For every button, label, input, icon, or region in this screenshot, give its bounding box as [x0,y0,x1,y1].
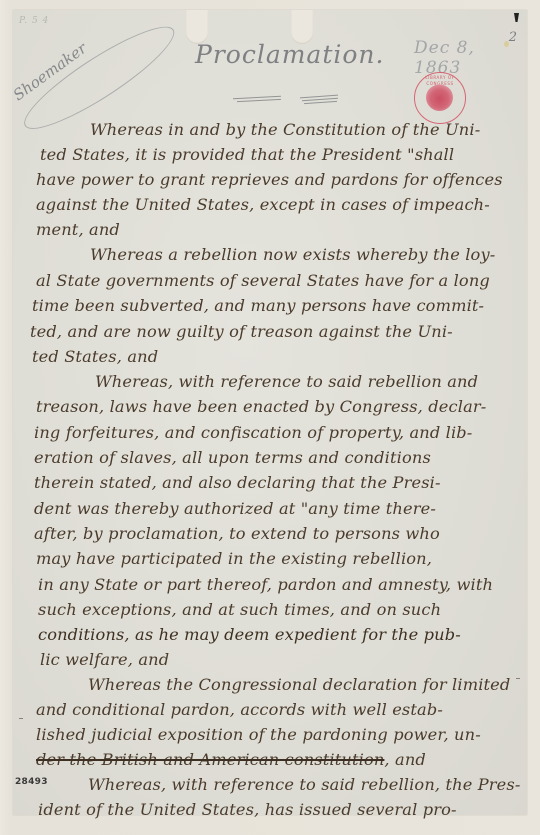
manuscript-line: dent was thereby authorized at "any time… [34,499,436,518]
manuscript-line: lic welfare, and [40,650,169,669]
manuscript-line: therein stated, and also declaring that … [34,473,441,492]
manuscript-line: and conditional pardon, accords with wel… [36,700,443,719]
struck-manuscript-line: der the British and American constitutio… [36,750,426,769]
manuscript-line: Whereas, with reference to said rebellio… [95,372,478,391]
manuscript-line: in any State or part thereof, pardon and… [38,575,493,594]
manuscript-line: ing forfeitures, and confiscation of pro… [34,423,472,442]
manuscript-line: ment, and [36,220,120,239]
manuscript-line: treason, laws have been enacted by Congr… [36,397,486,416]
line-remainder: , and [384,750,425,769]
manuscript-line: al State governments of several States h… [36,271,490,290]
manuscript-line: time been subverted, and many persons ha… [32,296,484,315]
manuscript-line: such exceptions, and at such times, and … [38,600,441,619]
manuscript-line: ident of the United States, has issued s… [38,800,457,819]
manuscript-line: may have participated in the existing re… [36,549,432,568]
manuscript-line: eration of slaves, all upon terms and co… [34,448,431,467]
manuscript-line: Whereas the Congressional declaration fo… [88,675,510,694]
manuscript-line: Whereas in and by the Constitution of th… [90,120,480,139]
manuscript-line: ted States, it is provided that the Pres… [40,145,454,164]
manuscript-line: conditions, as he may deem expedient for… [38,625,461,644]
catalog-number: 28493 [15,777,48,787]
manuscript-line: ted States, and [32,347,158,366]
manuscript-line: Whereas, with reference to said rebellio… [88,775,520,794]
manuscript-line: have power to grant reprieves and pardon… [36,170,503,189]
manuscript-line: lished judicial exposition of the pardon… [36,725,481,744]
struck-text: der the British and American constitutio… [36,750,384,769]
manuscript-line: ted, and are now guilty of treason again… [30,322,453,341]
document-viewer: P. 5 4 2 Shoemaker Dec 8, 1863 Proclamat… [0,0,540,835]
manuscript-line: after, by proclamation, to extend to per… [34,524,440,543]
manuscript-text: Whereas in and by the Constitution of th… [0,0,540,835]
manuscript-line: against the United States, except in cas… [36,195,490,214]
manuscript-line: Whereas a rebellion now exists whereby t… [90,245,495,264]
